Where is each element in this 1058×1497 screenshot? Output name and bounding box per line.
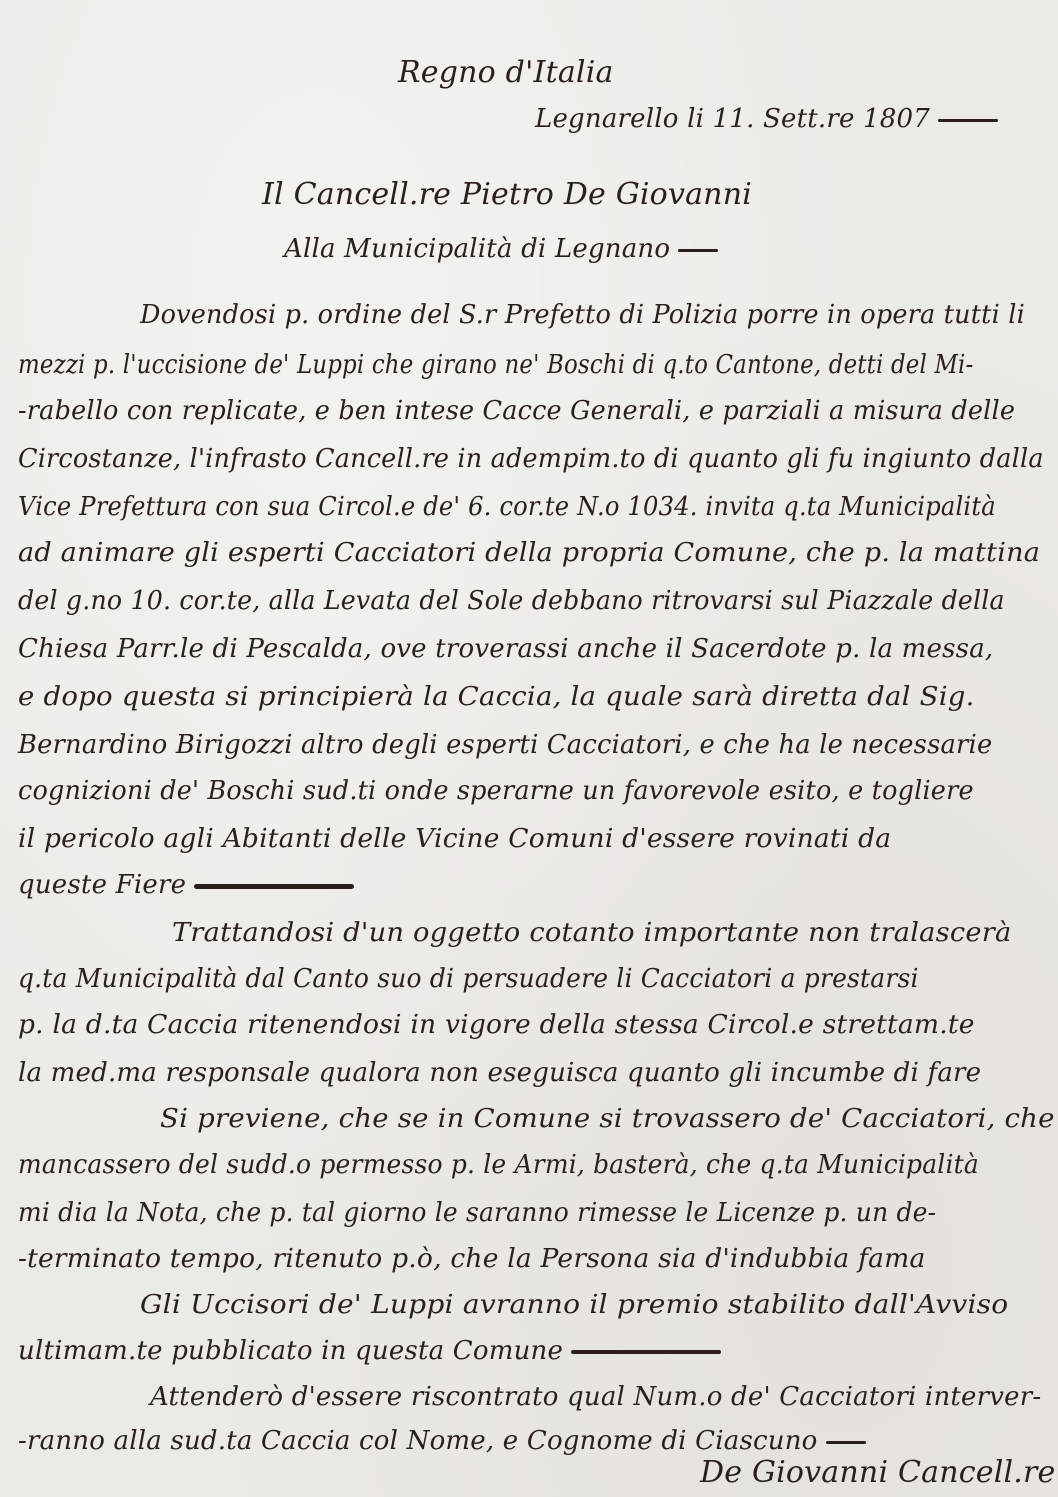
body-line-23: ultimam.te pubblicato in questa Comune bbox=[18, 1338, 721, 1364]
addressee-line-1: Il Cancell.re Pietro De Giovanni bbox=[262, 180, 752, 210]
body-line-7: del g.no 10. cor.te, alla Levata del Sol… bbox=[18, 588, 1005, 614]
body-line-6: ad animare gli esperti Cacciatori della … bbox=[18, 540, 1040, 566]
body-line-11: cognizioni de' Boschi sud.ti onde sperar… bbox=[18, 778, 974, 804]
flourish-decoration bbox=[678, 249, 718, 252]
body-line-19: mancassero del sudd.o permesso p. le Arm… bbox=[18, 1152, 979, 1178]
body-line-25: -ranno alla sud.ta Caccia col Nome, e Co… bbox=[18, 1428, 866, 1454]
body-line-1: Dovendosi p. ordine del S.r Prefetto di … bbox=[140, 302, 1025, 328]
flourish-decoration bbox=[571, 1350, 721, 1354]
body-line-13-text: queste Fiere bbox=[18, 870, 186, 900]
body-line-15: q.ta Municipalità dal Canto suo di persu… bbox=[18, 966, 919, 992]
body-line-12: il pericolo agli Abitanti delle Vicine C… bbox=[18, 826, 891, 852]
body-line-24: Attenderò d'essere riscontrato qual Num.… bbox=[150, 1384, 1041, 1410]
body-line-9: e dopo questa si principierà la Caccia, … bbox=[18, 684, 975, 710]
addressee-line-2-text: Alla Municipalità di Legnano bbox=[284, 234, 670, 264]
addressee-line-2: Alla Municipalità di Legnano bbox=[284, 236, 718, 262]
body-line-10: Bernardino Birigozzi altro degli esperti… bbox=[18, 732, 992, 758]
document-title: Regno d'Italia bbox=[398, 58, 614, 88]
manuscript-page: Regno d'Italia Legnarello li 11. Sett.re… bbox=[0, 0, 1058, 1497]
flourish-decoration bbox=[826, 1441, 866, 1444]
body-line-5: Vice Prefettura con sua Circol.e de' 6. … bbox=[18, 494, 996, 520]
body-line-20: mi dia la Nota, che p. tal giorno le sar… bbox=[18, 1200, 936, 1226]
body-line-8: Chiesa Parr.le di Pescalda, ove troveras… bbox=[18, 636, 993, 662]
body-line-25-text: -ranno alla sud.ta Caccia col Nome, e Co… bbox=[18, 1426, 818, 1456]
place-date-text: Legnarello li 11. Sett.re 1807 bbox=[535, 104, 930, 134]
body-line-2: mezzi p. l'uccisione de' Luppi che giran… bbox=[18, 352, 973, 378]
body-line-23-text: ultimam.te pubblicato in questa Comune bbox=[18, 1336, 563, 1366]
signature: De Giovanni Cancell.re bbox=[700, 1458, 1056, 1488]
place-date: Legnarello li 11. Sett.re 1807 bbox=[535, 106, 998, 132]
flourish-decoration bbox=[194, 884, 354, 889]
body-line-14: Trattandosi d'un oggetto cotanto importa… bbox=[172, 920, 1011, 946]
body-line-18: Si previene, che se in Comune si trovass… bbox=[160, 1106, 1055, 1132]
body-line-3: -rabello con replicate, e ben intese Cac… bbox=[18, 398, 1015, 424]
flourish-decoration bbox=[938, 119, 998, 122]
body-line-22: Gli Uccisori de' Luppi avranno il premio… bbox=[140, 1292, 1008, 1318]
body-line-16: p. la d.ta Caccia ritenendosi in vigore … bbox=[18, 1012, 975, 1038]
body-line-4: Circostanze, l'infrasto Cancell.re in ad… bbox=[18, 446, 1044, 472]
body-line-13: queste Fiere bbox=[18, 872, 354, 898]
body-line-21: -terminato tempo, ritenuto p.ò, che la P… bbox=[18, 1246, 925, 1272]
body-line-17: la med.ma responsale qualora non eseguis… bbox=[18, 1060, 981, 1086]
